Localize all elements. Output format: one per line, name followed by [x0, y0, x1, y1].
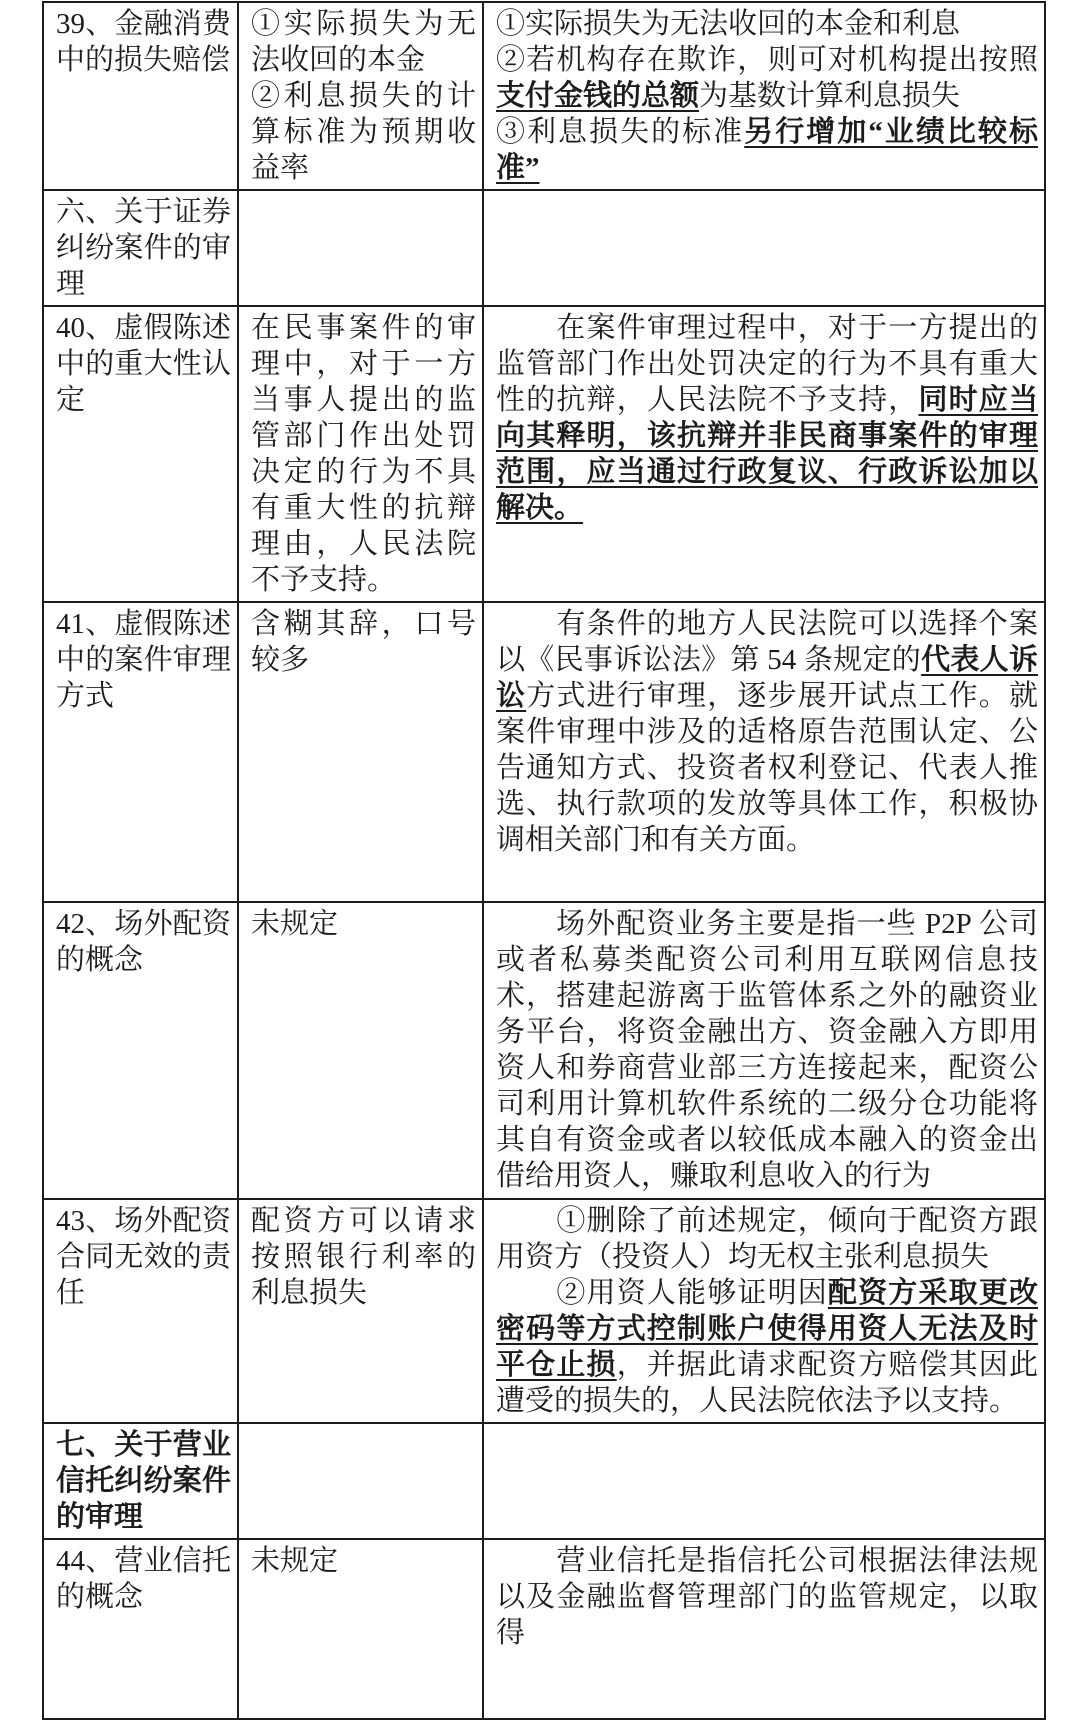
- plain-text: 方式进行审理，逐步展开试点工作。就案件审理中涉及的适格原告范围认定、公告通知方式…: [496, 680, 1038, 856]
- topic-cell: 41、虚假陈述中的案件审理方式: [43, 602, 238, 902]
- old-rule-cell: 未规定: [238, 1539, 483, 1605]
- new-rule-cell: 营业信托是指信托公司根据法律法规以及金融监督管理部门的监管规定，以取得: [483, 1539, 1045, 1605]
- comparison-table-body: 39、金融消费中的损失赔偿①实际损失为无法收回的本金 ②利息损失的计算标准为预期…: [43, 2, 1045, 1605]
- new-rule-cell: [483, 1423, 1045, 1539]
- old-rule-cell: ①实际损失为无法收回的本金 ②利息损失的计算标准为预期收益率: [238, 2, 483, 190]
- old-rule-cell: 在民事案件的审理中，对于一方当事人提出的监管部门作出处罚决定的行为不具有重大性的…: [238, 306, 483, 602]
- section-row: 七、关于营业信托纠纷案件的审理: [43, 1423, 1045, 1539]
- plain-text: 营业信托是指信托公司根据法律法规以及金融监督管理部门的监管规定，以取得: [496, 1545, 1038, 1605]
- old-rule-cell: [238, 190, 483, 306]
- emphasis-text: 支付金钱的总额: [496, 80, 699, 112]
- table-row: 41、虚假陈述中的案件审理方式含糊其辞，口号较多 有条件的地方人民法院可以选择个…: [43, 602, 1045, 902]
- topic-cell: 43、场外配资合同无效的责任: [43, 1199, 238, 1423]
- table-row: 44、营业信托的概念未规定 营业信托是指信托公司根据法律法规以及金融监督管理部门…: [43, 1539, 1045, 1605]
- new-rule-cell: ①实际损失为无法收回的本金和利息 ②若机构存在欺诈，则可对机构提出按照支付金钱的…: [483, 2, 1045, 190]
- comparison-table: 39、金融消费中的损失赔偿①实际损失为无法收回的本金 ②利息损失的计算标准为预期…: [42, 1, 1046, 1605]
- new-rule-cell: ①删除了前述规定，倾向于配资方跟用资方（投资人）均无权主张利息损失 ②用资人能够…: [483, 1199, 1045, 1423]
- plain-text: 场外配资业务主要是指一些 P2P 公司或者私募类配资公司利用互联网信息技术，搭建…: [496, 908, 1038, 1192]
- topic-cell: 六、关于证券纠纷案件的审理: [43, 190, 238, 306]
- old-rule-cell: [238, 1423, 483, 1539]
- topic-cell: 39、金融消费中的损失赔偿: [43, 2, 238, 190]
- document-page: 39、金融消费中的损失赔偿①实际损失为无法收回的本金 ②利息损失的计算标准为预期…: [42, 1, 1044, 1605]
- new-rule-cell: 有条件的地方人民法院可以选择个案以《民事诉讼法》第 54 条规定的代表人诉讼方式…: [483, 602, 1045, 902]
- topic-cell: 44、营业信托的概念: [43, 1539, 238, 1605]
- topic-cell: 42、场外配资的概念: [43, 902, 238, 1199]
- table-row: 39、金融消费中的损失赔偿①实际损失为无法收回的本金 ②利息损失的计算标准为预期…: [43, 2, 1045, 190]
- new-rule-cell: 在案件审理过程中，对于一方提出的监管部门作出处罚决定的行为不具有重大性的抗辩，人…: [483, 306, 1045, 602]
- table-row: 43、场外配资合同无效的责任配资方可以请求按照银行利率的利息损失 ①删除了前述规…: [43, 1199, 1045, 1423]
- new-rule-cell: 场外配资业务主要是指一些 P2P 公司或者私募类配资公司利用互联网信息技术，搭建…: [483, 902, 1045, 1199]
- table-row: 40、虚假陈述中的重大性认定在民事案件的审理中，对于一方当事人提出的监管部门作出…: [43, 306, 1045, 602]
- plain-text: ①实际损失为无法收回的本金和利息 ②若机构存在欺诈，则可对机构提出按照: [496, 8, 1038, 76]
- table-row: 42、场外配资的概念未规定 场外配资业务主要是指一些 P2P 公司或者私募类配资…: [43, 902, 1045, 1199]
- topic-cell: 七、关于营业信托纠纷案件的审理: [43, 1423, 238, 1539]
- old-rule-cell: 配资方可以请求按照银行利率的利息损失: [238, 1199, 483, 1423]
- topic-cell: 40、虚假陈述中的重大性认定: [43, 306, 238, 602]
- new-rule-cell: [483, 190, 1045, 306]
- old-rule-cell: 含糊其辞，口号较多: [238, 602, 483, 902]
- section-row: 六、关于证券纠纷案件的审理: [43, 190, 1045, 306]
- old-rule-cell: 未规定: [238, 902, 483, 1199]
